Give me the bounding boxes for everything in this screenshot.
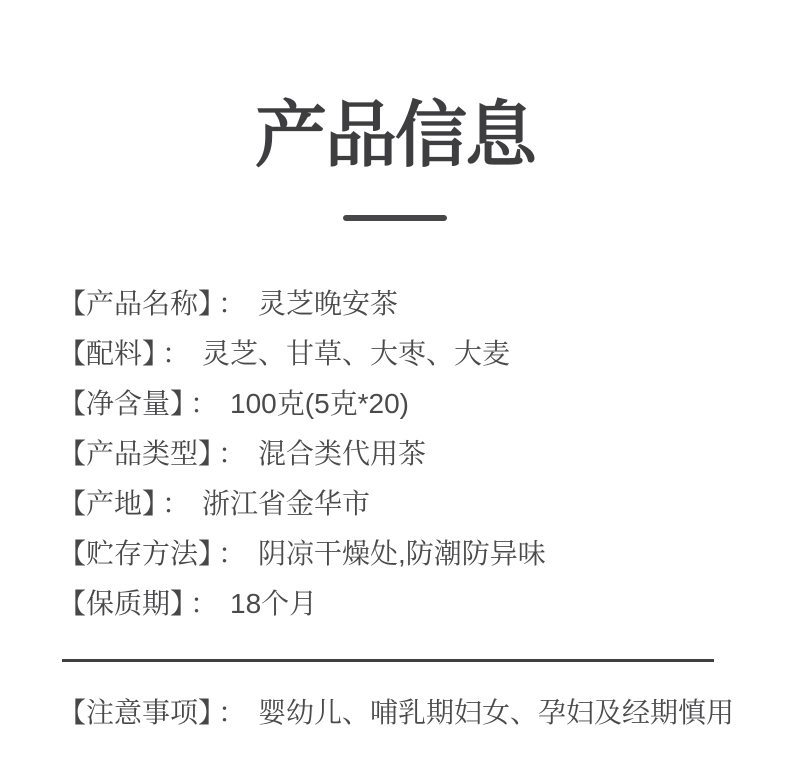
spec-label: 【配料】 bbox=[58, 338, 156, 369]
spec-colon: ： bbox=[218, 538, 246, 569]
spec-row-ingredients: 【配料】：灵芝、甘草、大枣、大麦 bbox=[58, 339, 750, 369]
title-underline-dash bbox=[343, 215, 447, 221]
spec-value: 灵芝、甘草、大枣、大麦 bbox=[202, 338, 510, 369]
notice-row: 【注意事项】：婴幼儿、哺乳期妇女、孕妇及经期慎用 bbox=[0, 698, 790, 728]
spec-value: 浙江省金华市 bbox=[202, 488, 370, 519]
spec-label: 【贮存方法】 bbox=[58, 538, 212, 569]
spec-colon: ： bbox=[218, 438, 246, 469]
spec-row-storage: 【贮存方法】：阴凉干燥处,防潮防异味 bbox=[58, 539, 750, 569]
spec-label: 【产品名称】 bbox=[58, 288, 212, 319]
spec-row-product-name: 【产品名称】：灵芝晚安茶 bbox=[58, 289, 750, 319]
spec-value: 灵芝晚安茶 bbox=[258, 288, 398, 319]
spec-value: 阴凉干燥处,防潮防异味 bbox=[258, 538, 546, 569]
spec-label: 【产品类型】 bbox=[58, 438, 212, 469]
spec-value: 100克(5克*20) bbox=[230, 388, 409, 419]
spec-row-net-weight: 【净含量】：100克(5克*20) bbox=[58, 389, 750, 419]
spec-colon: ： bbox=[162, 488, 190, 519]
spec-colon: ： bbox=[190, 388, 218, 419]
spec-label: 【净含量】 bbox=[58, 388, 184, 419]
spec-label: 【产地】 bbox=[58, 488, 156, 519]
notice-value: 婴幼儿、哺乳期妇女、孕妇及经期慎用 bbox=[258, 697, 734, 728]
spec-row-shelf-life: 【保质期】：18个月 bbox=[58, 589, 750, 619]
spec-row-product-type: 【产品类型】：混合类代用茶 bbox=[58, 439, 750, 469]
product-info-panel: 产品信息 【产品名称】：灵芝晚安茶 【配料】：灵芝、甘草、大枣、大麦 【净含量】… bbox=[0, 0, 790, 783]
spec-colon: ： bbox=[218, 288, 246, 319]
spec-row-origin: 【产地】：浙江省金华市 bbox=[58, 489, 750, 519]
spec-value: 混合类代用茶 bbox=[258, 438, 426, 469]
spec-colon: ： bbox=[162, 338, 190, 369]
spec-colon: ： bbox=[190, 588, 218, 619]
spec-label: 【保质期】 bbox=[58, 588, 184, 619]
notice-colon: ： bbox=[218, 697, 246, 728]
spec-value: 18个月 bbox=[230, 588, 317, 619]
spec-list: 【产品名称】：灵芝晚安茶 【配料】：灵芝、甘草、大枣、大麦 【净含量】：100克… bbox=[0, 289, 790, 619]
section-divider bbox=[62, 659, 714, 662]
notice-label: 【注意事项】 bbox=[58, 697, 212, 728]
page-title: 产品信息 bbox=[0, 0, 790, 182]
